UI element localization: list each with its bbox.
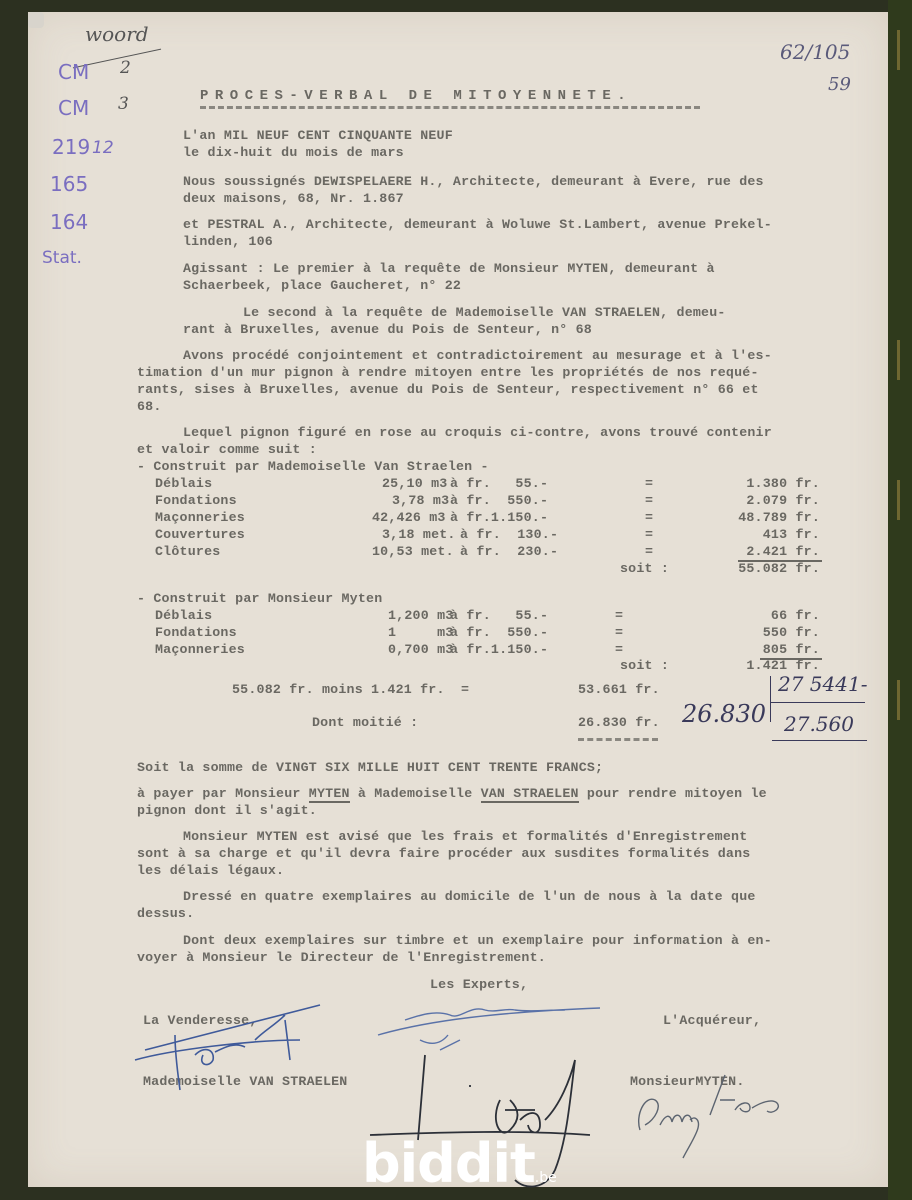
signature-dewispelaere [378, 1008, 600, 1050]
signature-van-straelen [135, 1005, 320, 1090]
biddit-watermark: biddit.be [362, 1132, 557, 1195]
signatures-layer [0, 0, 912, 1200]
signature-myten [639, 1075, 779, 1158]
watermark-suffix: .be [535, 1170, 557, 1186]
watermark-text: biddit [362, 1132, 535, 1195]
